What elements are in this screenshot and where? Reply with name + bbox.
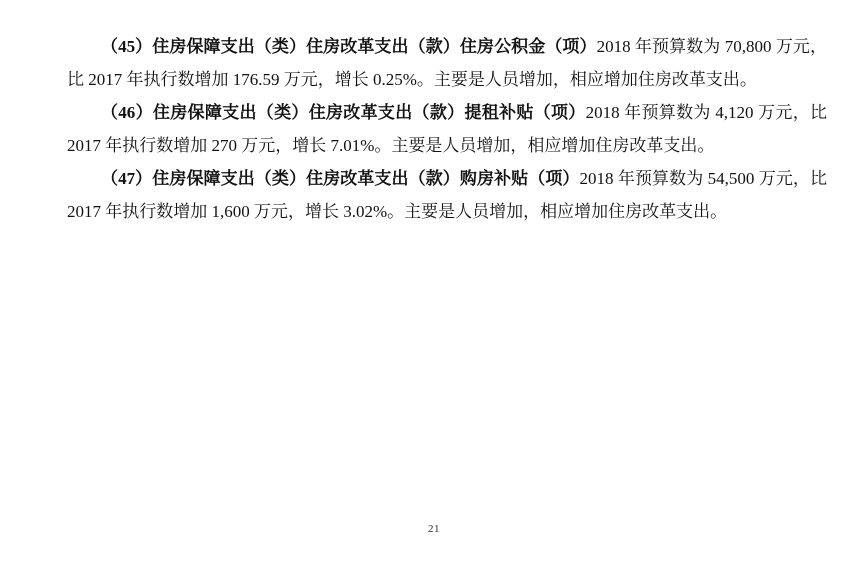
- page-number: 21: [0, 523, 868, 535]
- clause-46-heading: （46）住房保障支出（类）住房改革支出（款）提租补贴（项）: [101, 103, 586, 122]
- document-page: （45）住房保障支出（类）住房改革支出（款）住房公积金（项）2018 年预算数为…: [0, 0, 868, 586]
- clause-45-heading: （45）住房保障支出（类）住房改革支出（款）住房公积金（项）: [101, 37, 597, 56]
- document-body: （45）住房保障支出（类）住房改革支出（款）住房公积金（项）2018 年预算数为…: [67, 30, 827, 228]
- budget-clause-45: （45）住房保障支出（类）住房改革支出（款）住房公积金（项）2018 年预算数为…: [67, 30, 827, 96]
- clause-47-heading: （47）住房保障支出（类）住房改革支出（款）购房补贴（项）: [101, 169, 580, 188]
- budget-clause-46: （46）住房保障支出（类）住房改革支出（款）提租补贴（项）2018 年预算数为 …: [67, 96, 827, 162]
- budget-clause-47: （47）住房保障支出（类）住房改革支出（款）购房补贴（项）2018 年预算数为 …: [67, 162, 827, 228]
